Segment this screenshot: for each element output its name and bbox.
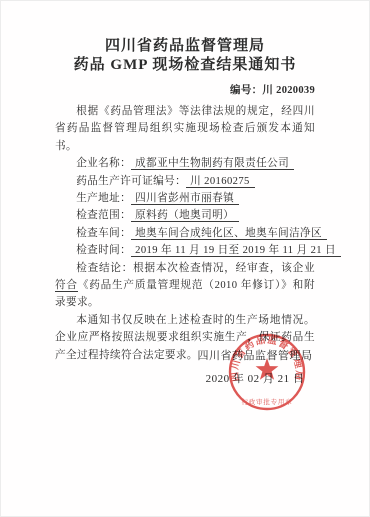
field-value: 四川省彭州市丽春镇 <box>131 193 239 205</box>
notice-document: 四川省药品监督管理局 药品 GMP 现场检查结果通知书 编号：川 2020039… <box>0 0 370 517</box>
field-inspection-date: 检查时间：2019 年 11 月 19 日至 2019 年 11 月 21 日 <box>55 242 315 259</box>
field-production-address: 生产地址：四川省彭州市丽春镇 <box>55 190 315 207</box>
intro-paragraph: 根据《药品管理法》等法律法规的规定，经四川省药品监督管理局组织实施现场检查后颁发… <box>55 103 315 155</box>
field-value: 原料药（地奥司明） <box>131 210 239 222</box>
conclusion-prefix: 根据本次检查情况，经审查，该企业 <box>133 263 315 274</box>
field-label: 检查车间： <box>76 228 131 239</box>
field-label: 企业名称： <box>76 158 131 169</box>
seal-star-icon <box>256 358 279 380</box>
seal-bottom-text: 行政审批专用章 <box>241 397 292 406</box>
field-value: 成都亚中生物制药有限责任公司 <box>131 158 294 170</box>
field-label: 生产地址： <box>76 193 131 204</box>
field-inspection-scope: 检查范围：原料药（地奥司明） <box>55 207 315 224</box>
conclusion-label: 检查结论： <box>76 263 133 274</box>
document-content: 四川省药品监督管理局 药品 GMP 现场检查结果通知书 编号：川 2020039… <box>1 1 369 364</box>
document-number: 编号：川 2020039 <box>55 82 315 97</box>
official-seal: 四川省药品监督管理局 行政审批专用章 <box>217 322 317 422</box>
field-inspected-workshop: 检查车间：地奥车间合成纯化区、地奥车间洁净区 <box>55 225 315 242</box>
conclusion-suffix: 《药品生产质量管理规范（2010 年修订）》和附录要求。 <box>55 280 315 308</box>
document-title-line1: 四川省药品监督管理局 <box>55 37 315 56</box>
conclusion-paragraph: 检查结论：根据本次检查情况，经审查，该企业符合《药品生产质量管理规范（2010 … <box>55 260 315 312</box>
field-company-name: 企业名称：成都亚中生物制药有限责任公司 <box>55 155 315 172</box>
field-license-number: 药品生产许可证编号：川 20160275 <box>55 173 315 190</box>
field-value: 川 20160275 <box>186 176 255 188</box>
field-value: 地奥车间合成纯化区、地奥车间洁净区 <box>131 228 327 240</box>
field-label: 检查范围： <box>76 210 131 221</box>
conclusion-result: 符合 <box>55 280 78 292</box>
field-value: 2019 年 11 月 19 日至 2019 年 11 月 21 日 <box>131 245 341 257</box>
field-label: 检查时间： <box>76 245 131 256</box>
official-seal-graphic: 四川省药品监督管理局 行政审批专用章 <box>217 322 317 422</box>
document-title-line2: 药品 GMP 现场检查结果通知书 <box>55 56 315 75</box>
field-label: 药品生产许可证编号： <box>76 176 186 187</box>
